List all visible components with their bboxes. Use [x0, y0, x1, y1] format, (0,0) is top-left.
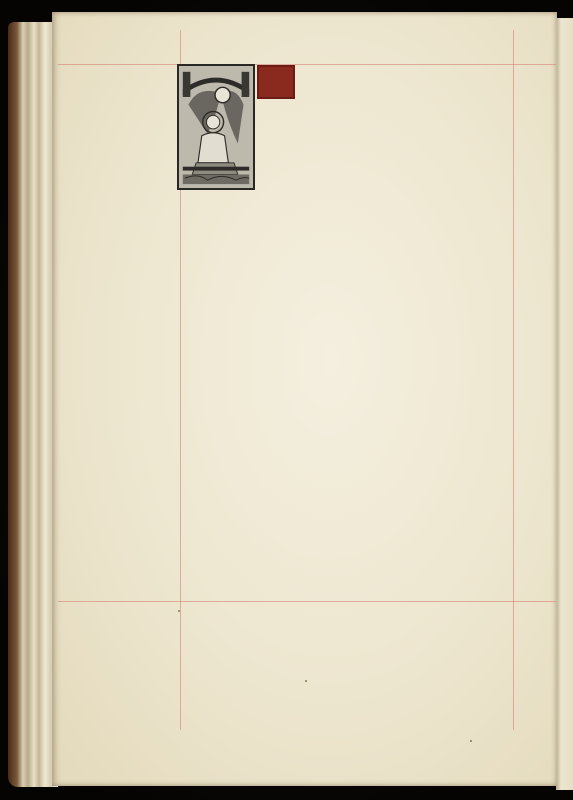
- paper-speck: [178, 610, 180, 612]
- initial-letter: [257, 65, 295, 99]
- book-page-edges: [8, 22, 58, 787]
- ruling-line-top: [58, 64, 556, 65]
- man-of-sorrows-icon: [179, 66, 253, 188]
- ruling-line-bottom: [58, 601, 556, 602]
- book-page: [52, 12, 557, 786]
- facing-page-edge: [556, 18, 573, 790]
- paper-speck: [470, 740, 472, 742]
- ruling-line-right: [513, 30, 514, 730]
- paper-speck: [305, 680, 307, 682]
- woodcut-illustration: [177, 64, 255, 190]
- decorated-initial-red: [257, 65, 295, 99]
